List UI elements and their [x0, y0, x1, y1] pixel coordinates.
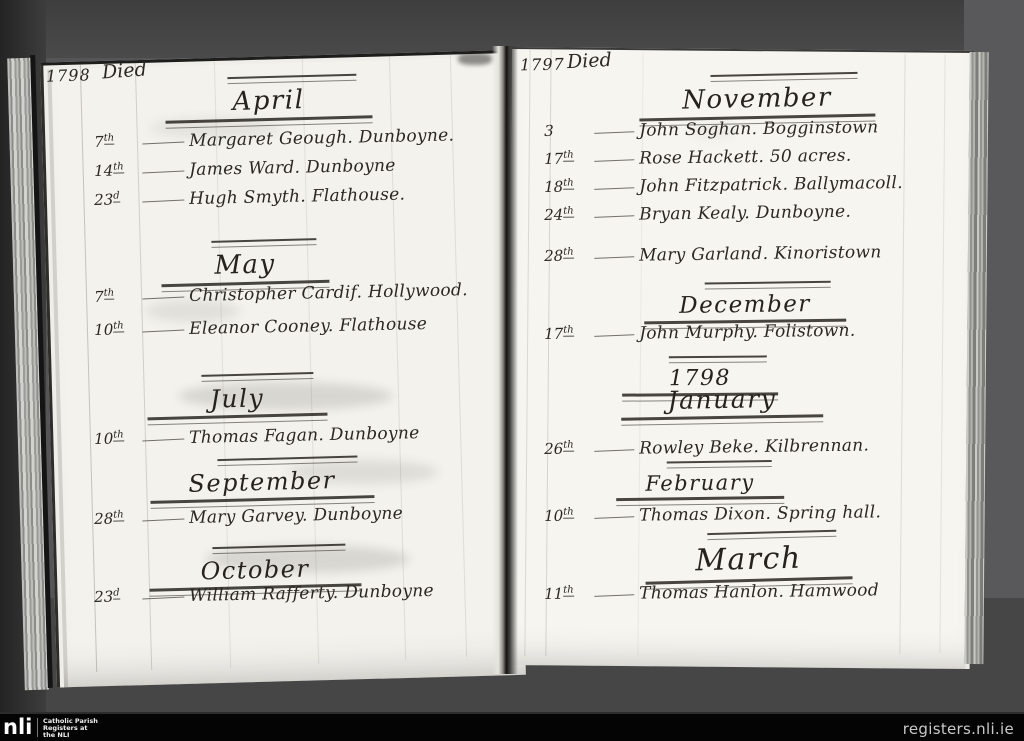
entry-lead-line — [594, 148, 634, 162]
register-entry: 28thMary Garland. Kinoristown — [544, 242, 882, 267]
entry-text: Thomas Hanlon. Hamwood — [639, 580, 879, 603]
entry-day-number: 26 — [544, 440, 563, 458]
entry-day-number: 18 — [544, 178, 563, 196]
entry-day-ordinal: th — [563, 178, 574, 190]
register-entry: 24thBryan Kealy. Dunboyne. — [544, 202, 851, 226]
month-label: December — [655, 291, 835, 320]
entry-day: 28th — [544, 246, 594, 265]
register-scan-viewer: 1798 Died 1797 Died April7thMargaret Geo… — [0, 0, 1024, 741]
entry-day: 18th — [544, 177, 594, 196]
entry-day: 10th — [544, 506, 594, 525]
watermark-bar: nli Catholic Parish Registers at the NLI… — [0, 712, 1024, 741]
heading-rule-top — [667, 460, 772, 468]
entry-day: 17th — [544, 324, 594, 343]
month-heading: January — [632, 383, 813, 425]
entry-day-ordinal: th — [563, 507, 574, 519]
entry-day: 17th — [544, 149, 594, 168]
register-entry: 18thJohn Fitzpatrick. Ballymacoll. — [544, 173, 903, 198]
nli-logo: nli — [3, 715, 32, 740]
entry-day-number: 3 — [544, 122, 554, 140]
register-entry: 10thThomas Dixon. Spring hall. — [544, 502, 881, 527]
entry-lead-line — [594, 204, 634, 218]
entry-text: John Murphy. Folistown. — [639, 321, 856, 344]
entry-lead-line — [594, 245, 634, 259]
footer-org-line: the NLI — [43, 732, 98, 739]
footer-org-text: Catholic Parish Registers at the NLI — [43, 718, 98, 739]
footer-divider — [37, 718, 38, 737]
heading-rule-top — [669, 355, 767, 363]
register-entry: 26thRowley Beke. Kilbrennan. — [544, 435, 869, 460]
entry-day: 3 — [544, 121, 594, 140]
entry-day: 24th — [544, 205, 594, 224]
site-watermark: registers.nli.ie — [903, 720, 1014, 738]
entry-day-number: 28 — [544, 247, 563, 265]
entry-text: Thomas Dixon. Spring hall. — [639, 502, 881, 525]
entry-day-number: 17 — [544, 150, 563, 168]
heading-rule-top — [707, 530, 837, 540]
month-label: November — [652, 82, 863, 116]
entry-day-ordinal: th — [563, 150, 574, 162]
entry-day-ordinal: th — [563, 440, 574, 452]
entry-day-ordinal: th — [563, 585, 574, 597]
register-entry: 11thThomas Hanlon. Hamwood — [544, 580, 879, 605]
entry-lead-line — [594, 583, 634, 597]
register-entry: 17thJohn Murphy. Folistown. — [544, 321, 856, 345]
month-heading: February — [625, 460, 776, 506]
register-entry: 17thRose Hackett. 50 acres. — [544, 146, 852, 170]
register-entry: 3John Soghan. Bogginstown — [544, 117, 879, 142]
month-label: February — [625, 470, 775, 496]
entry-day-ordinal: th — [563, 247, 574, 259]
entry-lead-line — [594, 176, 634, 190]
entry-day-number: 17 — [544, 325, 563, 343]
entry-text: Rose Hackett. 50 acres. — [639, 146, 852, 169]
entry-text: John Soghan. Bogginstown — [639, 117, 879, 140]
entry-lead-line — [594, 323, 634, 337]
entry-day-ordinal: th — [563, 206, 574, 218]
entry-day: 26th — [544, 439, 594, 458]
entry-lead-line — [594, 120, 634, 134]
entry-lead-line — [594, 438, 634, 452]
heading-rule-top — [705, 281, 831, 290]
entry-day-number: 24 — [544, 206, 563, 224]
handwriting-overlay: 1798 Died 1797 Died April7thMargaret Geo… — [0, 0, 1024, 712]
month-label: January — [632, 383, 812, 415]
entry-lead-line — [594, 505, 634, 519]
right-page-content: November3John Soghan. Bogginstown17thRos… — [0, 0, 1024, 712]
entry-day-number: 11 — [544, 585, 563, 603]
entry-text: Bryan Kealy. Dunboyne. — [639, 202, 851, 225]
entry-text: Rowley Beke. Kilbrennan. — [639, 435, 869, 458]
entry-day: 11th — [544, 584, 594, 603]
heading-rule-bottom — [621, 414, 823, 426]
heading-rule-top — [710, 72, 857, 82]
entry-text: Mary Garland. Kinoristown — [639, 242, 882, 265]
month-label: March — [655, 540, 841, 580]
entry-day-number: 10 — [544, 507, 563, 525]
entry-day-ordinal: th — [563, 325, 574, 337]
entry-text: John Fitzpatrick. Ballymacoll. — [639, 173, 903, 197]
